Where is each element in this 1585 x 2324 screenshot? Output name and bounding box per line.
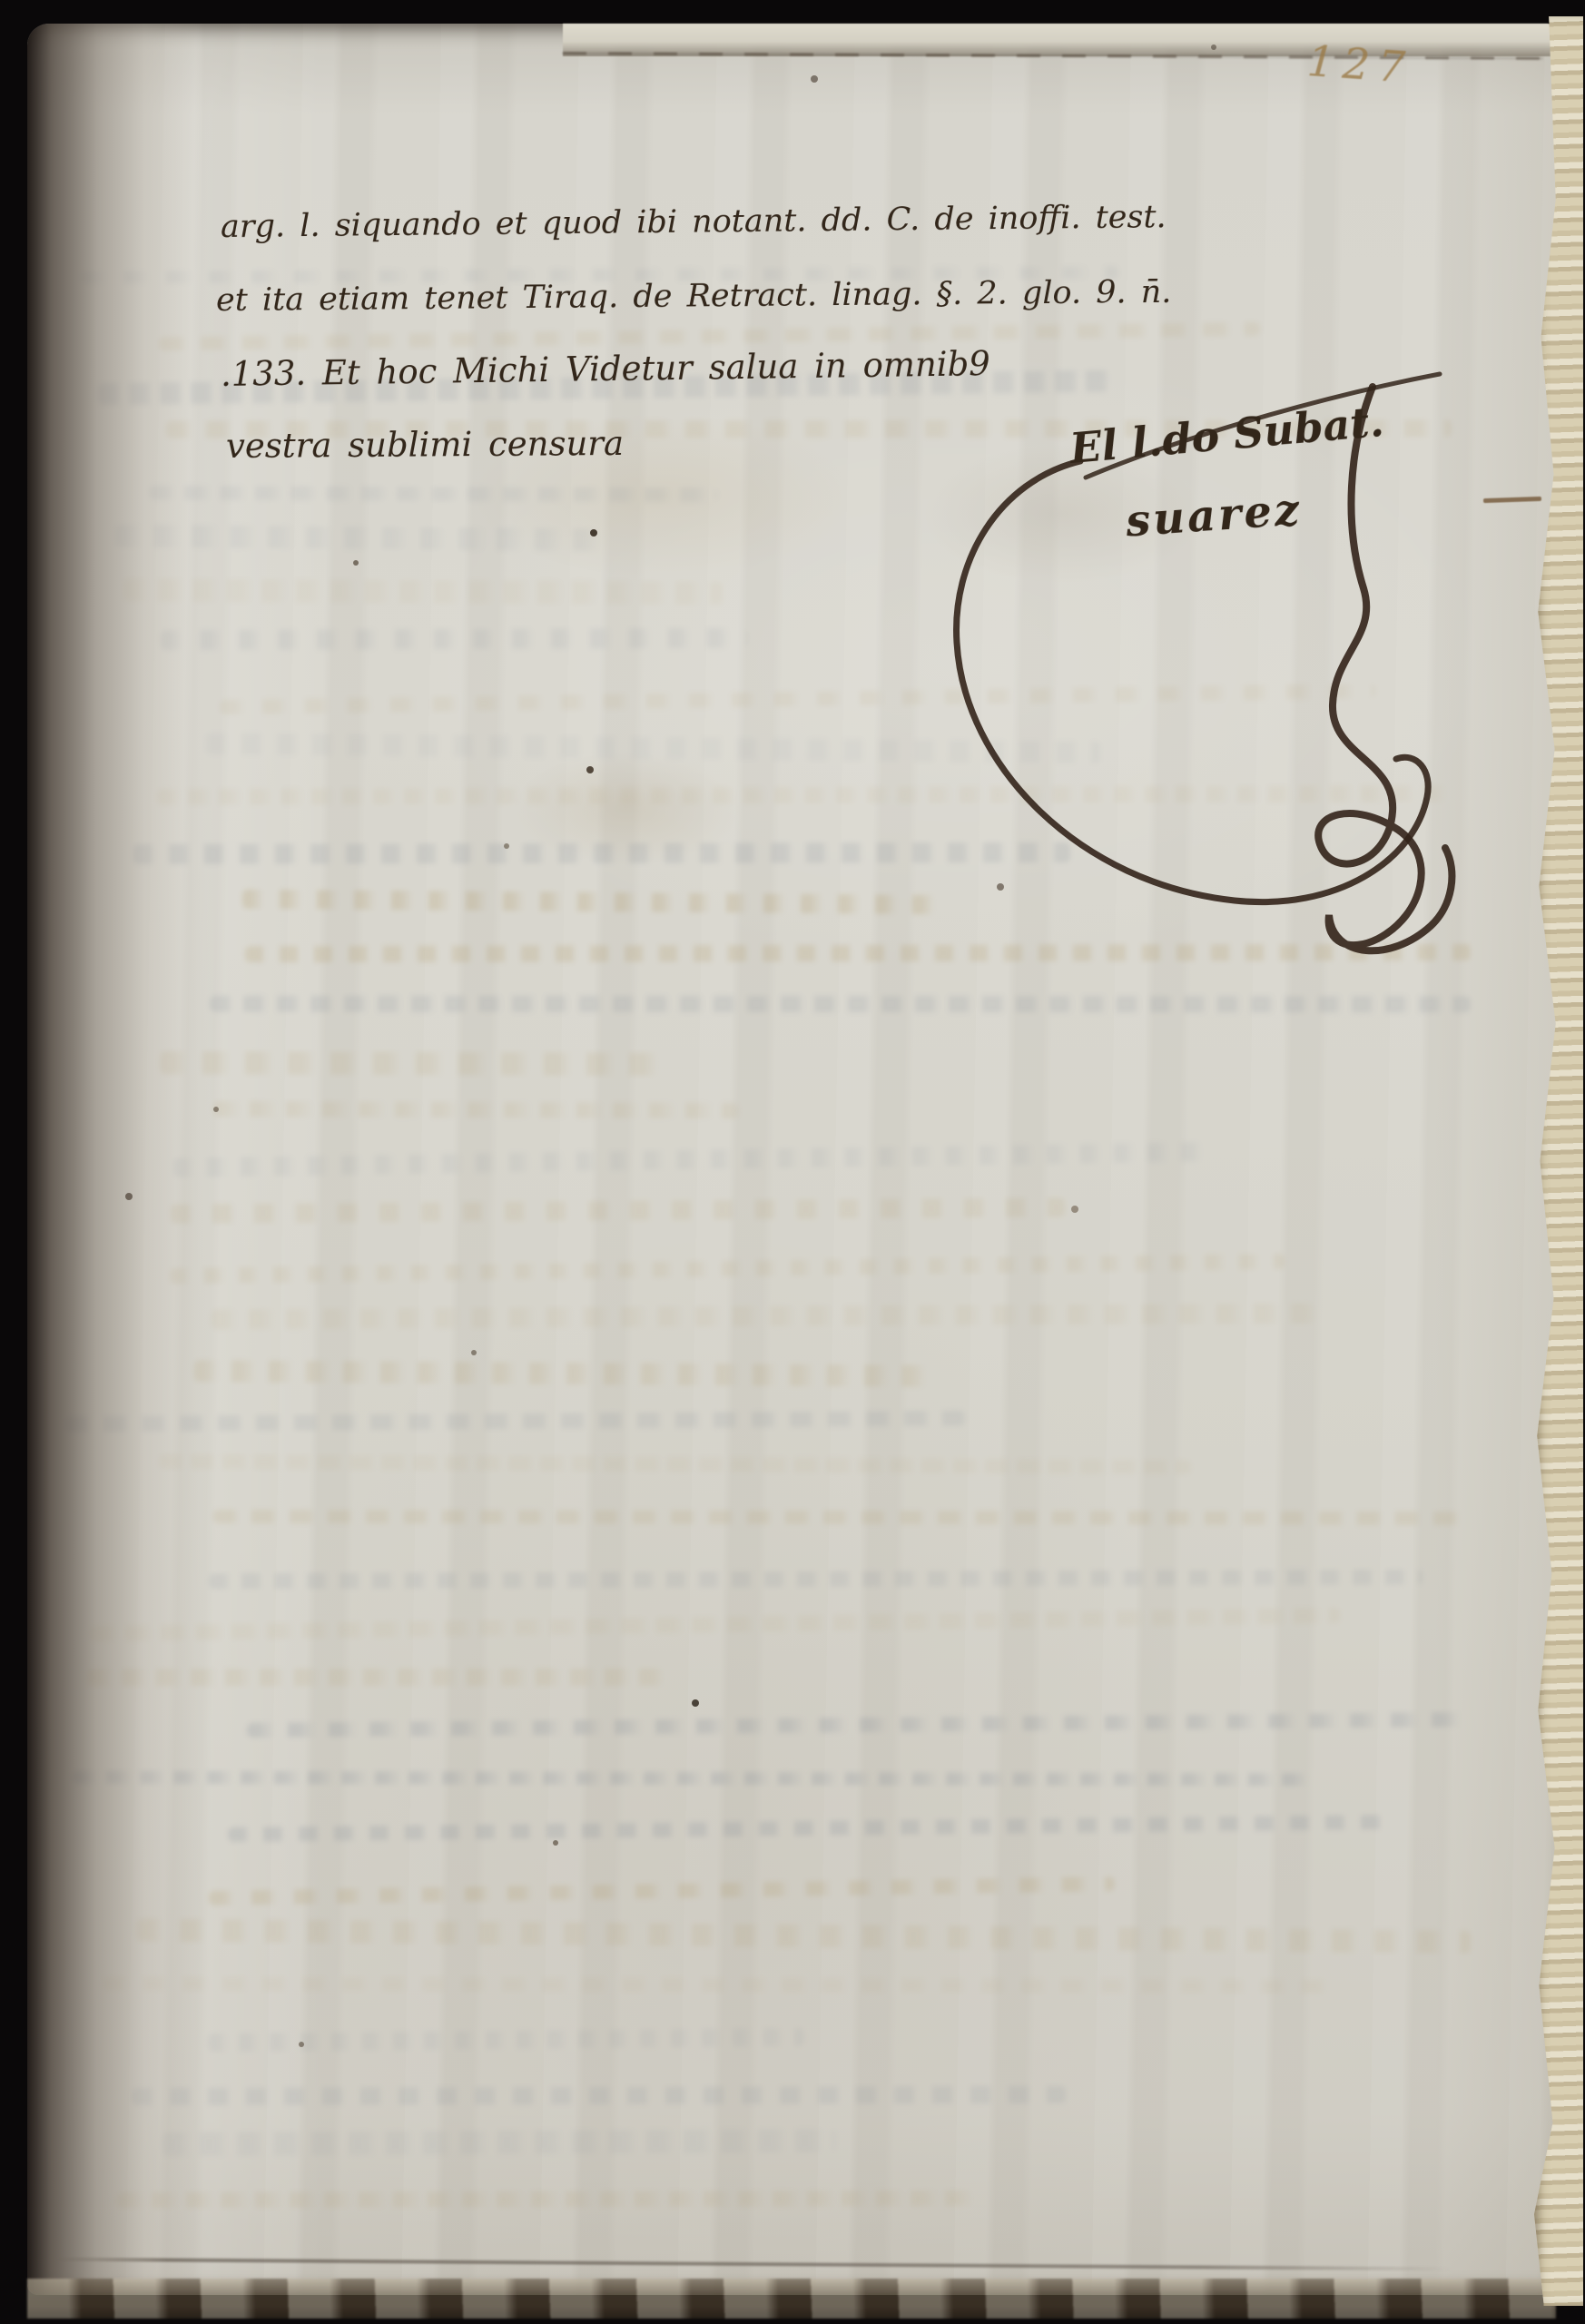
bleedthrough-ghost-line — [213, 1101, 739, 1118]
bleedthrough-ghost-line — [149, 486, 717, 502]
bleedthrough-ghost-line — [123, 579, 723, 605]
bleedthrough-ghost-line — [161, 628, 748, 651]
bleedthrough-ghost-line — [133, 842, 1070, 865]
bleedthrough-ghost-line — [210, 996, 1471, 1012]
bleedthrough-ghost-line — [162, 2128, 835, 2155]
binding-gutter-shadow — [27, 24, 200, 2295]
bleedthrough-ghost-line — [132, 2086, 1067, 2105]
folio-number: 127 — [1305, 36, 1414, 94]
bleedthrough-ghost-line — [160, 1051, 665, 1076]
manuscript-text-line-4: vestra sublimi censura — [226, 424, 624, 466]
bleedthrough-ghost-line — [213, 1509, 1471, 1524]
manuscript-scan: 127 arg. l. siquando et quod ibi notant.… — [0, 0, 1585, 2324]
paper-bottom-edge — [27, 2279, 1556, 2319]
bleedthrough-ghost-line — [103, 1976, 1328, 1993]
bleedthrough-ghost-line — [117, 2191, 973, 2208]
